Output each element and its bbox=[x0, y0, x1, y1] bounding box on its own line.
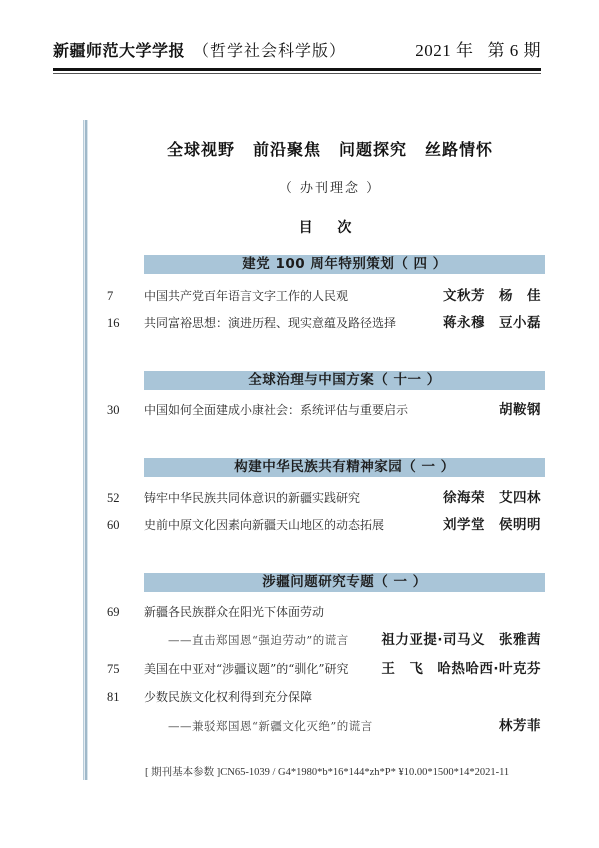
entry-title[interactable]: 美国在中亚对“涉疆议题”的“驯化”研究 bbox=[144, 659, 349, 679]
author: 祖力亚提·司马义 bbox=[381, 632, 485, 648]
entry-authors: 祖力亚提·司马义张雅茜 bbox=[381, 630, 541, 650]
entry-authors: 林芳菲 bbox=[499, 716, 541, 736]
entry-page: 60 bbox=[107, 515, 120, 535]
author: 艾四林 bbox=[499, 490, 541, 506]
author: 徐海荣 bbox=[443, 490, 485, 506]
toc-entry[interactable]: 81 少数民族文化权利得到充分保障 bbox=[100, 687, 541, 707]
entry-subtitle: ——兼驳郑国恩“新疆文化灭绝”的谎言 bbox=[168, 716, 373, 736]
section-heading: 涉疆问题研究专题（ 一 ） bbox=[144, 573, 545, 592]
section-heading: 建党 100 周年特别策划（ 四 ） bbox=[144, 255, 545, 274]
toc-title: 目 次 bbox=[100, 217, 560, 237]
header-rule-thick bbox=[53, 68, 541, 71]
journal-title: 新疆师范大学学报 bbox=[53, 41, 185, 60]
entry-page: 75 bbox=[107, 659, 120, 679]
toc-entry[interactable]: 75 美国在中亚对“涉疆议题”的“驯化”研究 王 飞哈热哈西·叶克芬 bbox=[100, 659, 541, 679]
entry-page: 30 bbox=[107, 400, 120, 420]
author: 王 飞 bbox=[381, 661, 423, 677]
author: 张雅茜 bbox=[499, 632, 541, 648]
entry-title[interactable]: 史前中原文化因素向新疆天山地区的动态拓展 bbox=[144, 515, 384, 535]
entry-title[interactable]: 铸牢中华民族共同体意识的新疆实践研究 bbox=[144, 488, 360, 508]
author: 杨 佳 bbox=[499, 288, 541, 304]
entry-authors: 刘学堂侯明明 bbox=[443, 515, 541, 535]
entry-title[interactable]: 少数民族文化权利得到充分保障 bbox=[144, 687, 312, 707]
toc-entry[interactable]: 52 铸牢中华民族共同体意识的新疆实践研究 徐海荣艾四林 bbox=[100, 488, 541, 508]
author: 胡鞍钢 bbox=[499, 402, 541, 418]
entry-authors: 胡鞍钢 bbox=[499, 400, 541, 420]
issue-number: 第 6 期 bbox=[488, 41, 542, 60]
toc-entry[interactable]: 60 史前中原文化因素向新疆天山地区的动态拓展 刘学堂侯明明 bbox=[100, 515, 541, 535]
entry-page: 52 bbox=[107, 488, 120, 508]
author: 哈热哈西·叶克芬 bbox=[437, 661, 541, 677]
motto-caption: （ 办刊理念 ） bbox=[100, 177, 560, 196]
author: 豆小磊 bbox=[499, 315, 541, 331]
author: 刘学堂 bbox=[443, 517, 485, 533]
motto-phrase: 问题探究 bbox=[339, 140, 407, 159]
left-decorative-border bbox=[83, 120, 88, 780]
entry-title[interactable]: 新疆各民族群众在阳光下体面劳动 bbox=[144, 602, 324, 622]
entry-page: 69 bbox=[107, 602, 120, 622]
motto-phrase: 前沿聚焦 bbox=[253, 140, 321, 159]
entry-authors: 文秋芳杨 佳 bbox=[443, 286, 541, 306]
motto-phrase: 丝路情怀 bbox=[425, 140, 493, 159]
issue-year: 2021 年 bbox=[415, 41, 473, 60]
journal-name: 新疆师范大学学报（哲学社会科学版） bbox=[53, 40, 346, 62]
entry-authors: 王 飞哈热哈西·叶克芬 bbox=[381, 659, 541, 679]
entry-title[interactable]: 共同富裕思想：演进历程、现实意蕴及路径选择 bbox=[144, 313, 396, 333]
author: 文秋芳 bbox=[443, 288, 485, 304]
journal-parameters: [ 期刊基本参数 ]CN65-1039 / G4*1980*b*16*144*z… bbox=[145, 764, 545, 779]
author: 侯明明 bbox=[499, 517, 541, 533]
author: 林芳菲 bbox=[499, 718, 541, 734]
motto-phrase: 全球视野 bbox=[167, 140, 235, 159]
journal-edition: （哲学社会科学版） bbox=[193, 41, 346, 60]
toc-entry-subtitle-row: ——直击郑国恩“强迫劳动”的谎言 祖力亚提·司马义张雅茜 bbox=[100, 630, 541, 650]
author: 蒋永穆 bbox=[443, 315, 485, 331]
toc-entry[interactable]: 16 共同富裕思想：演进历程、现实意蕴及路径选择 蒋永穆豆小磊 bbox=[100, 313, 541, 333]
entry-page: 81 bbox=[107, 687, 120, 707]
entry-page: 7 bbox=[107, 286, 113, 306]
section-heading: 全球治理与中国方案（ 十一 ） bbox=[144, 371, 545, 390]
toc-entry-subtitle-row: ——兼驳郑国恩“新疆文化灭绝”的谎言 林芳菲 bbox=[100, 716, 541, 736]
entry-title[interactable]: 中国共产党百年语言文字工作的人民观 bbox=[144, 286, 348, 306]
toc-entry[interactable]: 30 中国如何全面建成小康社会：系统评估与重要启示 胡鞍钢 bbox=[100, 400, 541, 420]
issue-info: 2021 年第 6 期 bbox=[415, 40, 541, 62]
section-heading: 构建中华民族共有精神家园（ 一 ） bbox=[144, 458, 545, 477]
entry-page: 16 bbox=[107, 313, 120, 333]
toc-entry[interactable]: 7 中国共产党百年语言文字工作的人民观 文秋芳杨 佳 bbox=[100, 286, 541, 306]
entry-authors: 徐海荣艾四林 bbox=[443, 488, 541, 508]
journal-header: 新疆师范大学学报（哲学社会科学版） 2021 年第 6 期 bbox=[53, 40, 541, 62]
entry-title[interactable]: 中国如何全面建成小康社会：系统评估与重要启示 bbox=[144, 400, 408, 420]
entry-subtitle: ——直击郑国恩“强迫劳动”的谎言 bbox=[168, 630, 349, 650]
toc-entry[interactable]: 69 新疆各民族群众在阳光下体面劳动 bbox=[100, 602, 541, 622]
header-rule-thin bbox=[53, 73, 541, 74]
motto: 全球视野前沿聚焦问题探究丝路情怀 bbox=[100, 137, 560, 160]
entry-authors: 蒋永穆豆小磊 bbox=[443, 313, 541, 333]
